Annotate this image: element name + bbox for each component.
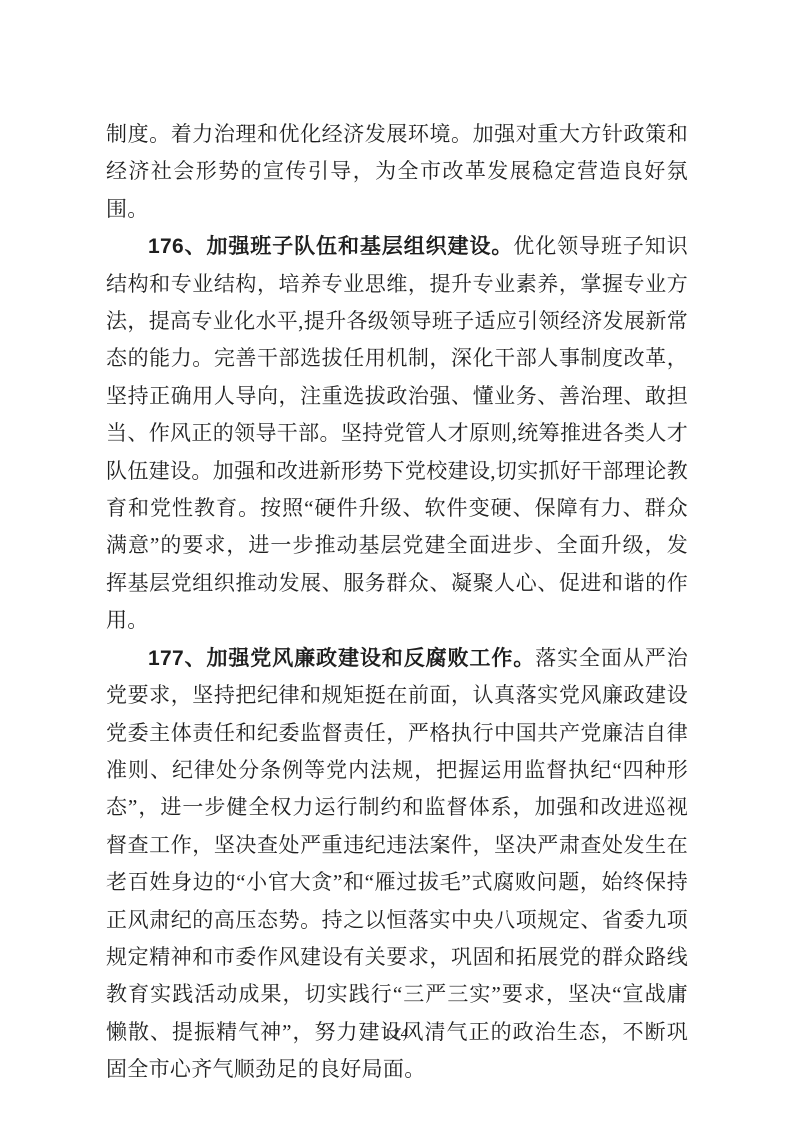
paragraph-177-heading: 177、加强党风廉政建设和反腐败工作。 <box>148 647 535 670</box>
paragraph-177: 177、加强党风廉政建设和反腐败工作。落实全面从严治党要求，坚持把纪律和规矩挺在… <box>106 640 688 1089</box>
paragraph-176-heading: 176、加强班子队伍和基层组织建设。 <box>148 235 513 258</box>
paragraph-176-text: 优化领导班子知识结构和专业结构，培养专业思维，提升专业素养，掌握专业方法，提高专… <box>106 234 688 632</box>
paragraph-176: 176、加强班子队伍和基层组织建设。优化领导班子知识结构和专业结构，培养专业思维… <box>106 228 688 639</box>
paragraph-continuation: 制度。着力治理和优化经济发展环境。加强对重大方针政策和经济社会形势的宣传引导，为… <box>106 116 688 228</box>
text-block: 制度。着力治理和优化经济发展环境。加强对重大方针政策和经济社会形势的宣传引导，为… <box>106 116 688 1089</box>
document-page: 制度。着力治理和优化经济发展环境。加强对重大方针政策和经济社会形势的宣传引导，为… <box>0 0 793 1122</box>
paragraph-177-text: 落实全面从严治党要求，坚持把纪律和规矩挺在前面，认真落实党风廉政建设党委主体责任… <box>106 646 688 1081</box>
paragraph-continuation-text: 制度。着力治理和优化经济发展环境。加强对重大方针政策和经济社会形势的宣传引导，为… <box>106 122 688 221</box>
page-number: 114 <box>0 1026 793 1043</box>
